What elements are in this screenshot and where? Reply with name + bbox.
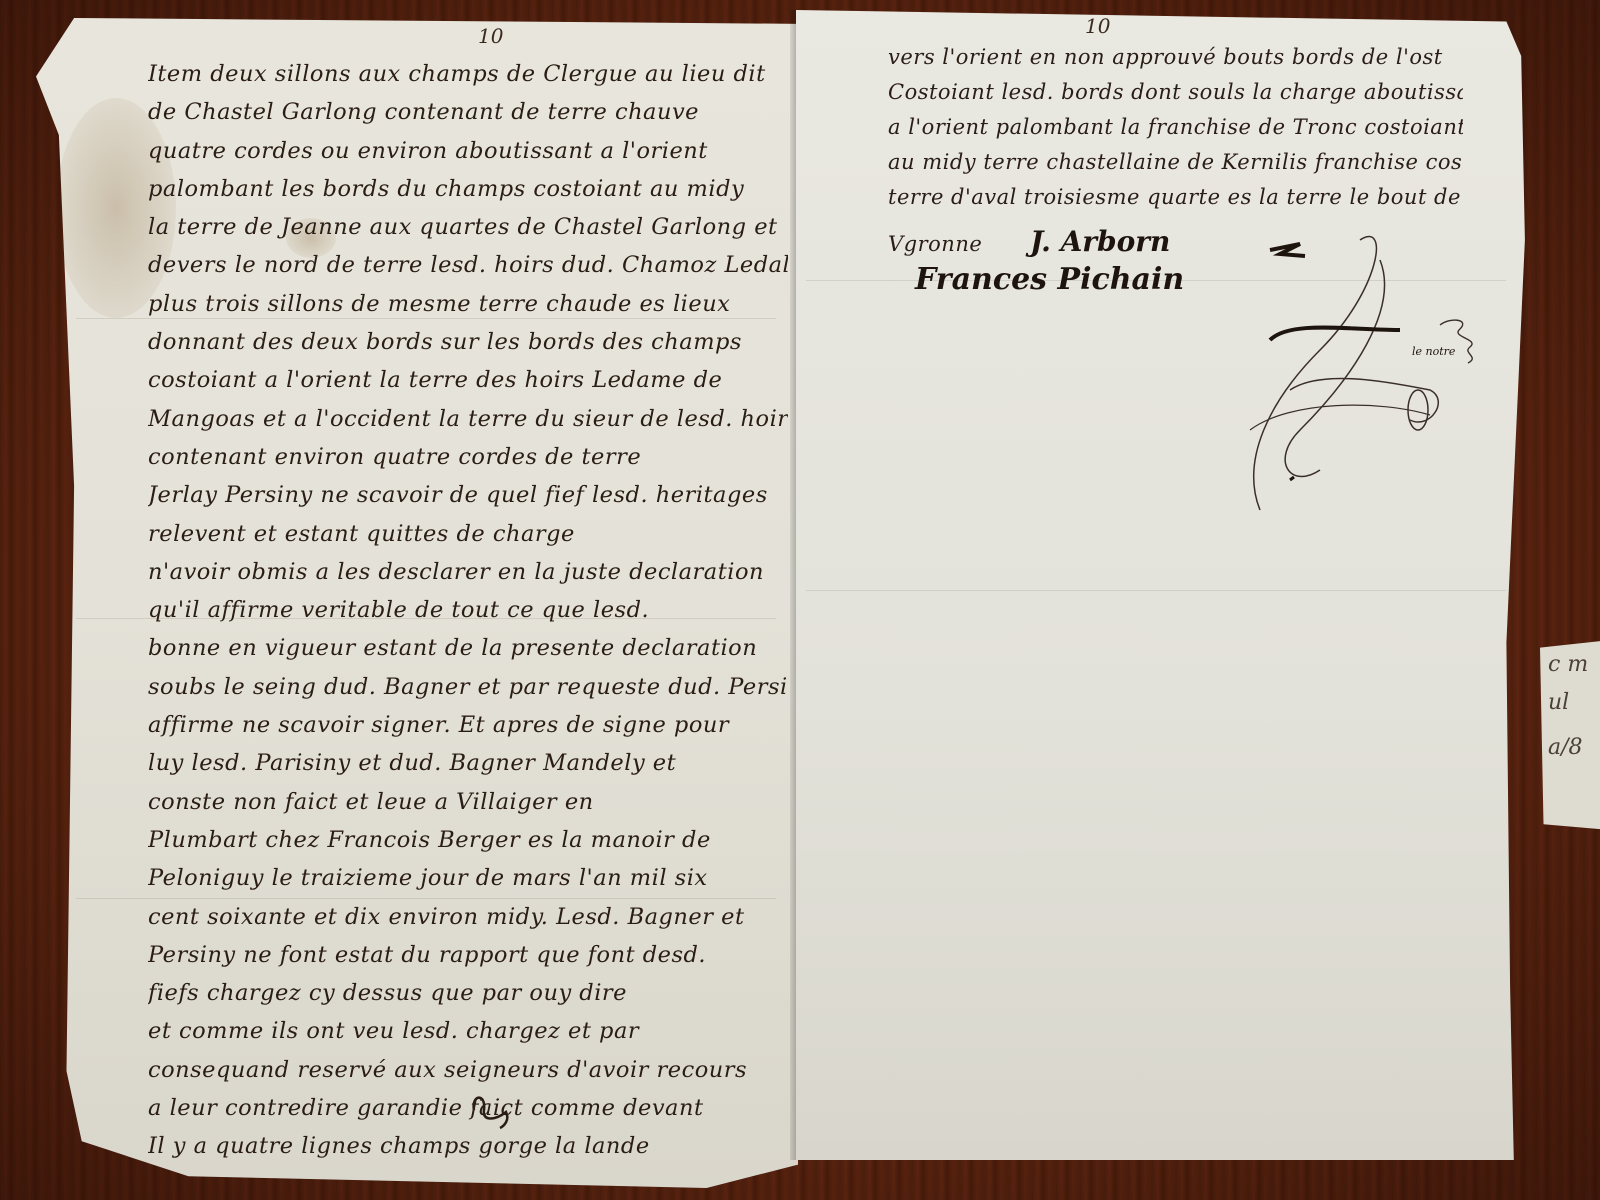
manuscript-line: n'avoir obmis a les desclarer en la just… (148, 553, 788, 591)
manuscript-line: bonne en vigueur estant de la presente d… (148, 629, 788, 667)
scrap-text-line: ul (1548, 690, 1569, 715)
manuscript-line: soubs le seing dud. Bagner et par reques… (148, 668, 788, 706)
signature-annotation: le notre (1412, 345, 1455, 358)
manuscript-line: Persiny ne font estat du rapport que fon… (148, 936, 788, 974)
manuscript-line: donnant des deux bords sur les bords des… (148, 323, 788, 361)
manuscript-line: conste non faict et leue a Villaiger en (148, 783, 788, 821)
scrap-text-line: c m (1548, 652, 1588, 677)
manuscript-line: vers l'orient en non approuvé bouts bord… (888, 40, 1463, 75)
manuscript-line: luy lesd. Parisiny et dud. Bagner Mandel… (148, 744, 788, 782)
manuscript-line: et comme ils ont veu lesd. chargez et pa… (148, 1012, 788, 1050)
manuscript-line: consequand reservé aux seigneurs d'avoir… (148, 1051, 788, 1089)
manuscript-line: contenant environ quatre cordes de terre (148, 438, 788, 476)
manuscript-line: cent soixante et dix environ midy. Lesd.… (148, 898, 788, 936)
manuscript-line: Costoiant lesd. bords dont souls la char… (888, 75, 1463, 110)
scrap-text-line: a/8 (1548, 735, 1583, 760)
manuscript-line: Peloniguy le traizieme jour de mars l'an… (148, 859, 788, 897)
manuscript-line: qu'il affirme veritable de tout ce que l… (148, 591, 788, 629)
paper-scrap: c m ul a/8 (1540, 640, 1600, 830)
manuscript-line: palombant les bords du champs costoiant … (148, 170, 788, 208)
manuscript-line: a l'orient palombant la franchise de Tro… (888, 110, 1463, 145)
paraph-mark-icon (466, 1090, 516, 1130)
left-folio-mark: 10 (478, 24, 503, 48)
manuscript-line: Mangoas et a l'occident la terre du sieu… (148, 400, 788, 438)
fold-line (806, 590, 1506, 591)
manuscript-line: de Chastel Garlong contenant de terre ch… (148, 93, 788, 131)
right-folio-mark: 10 (1085, 14, 1110, 38)
manuscript-line: fiefs chargez cy dessus que par ouy dire (148, 974, 788, 1012)
manuscript-line: devers le nord de terre lesd. hoirs dud.… (148, 246, 788, 284)
signature-pichain: Frances Pichain (915, 262, 1184, 297)
manuscript-line: Jerlay Persiny ne scavoir de quel fief l… (148, 476, 788, 514)
manuscript-line: Il y a quatre lignes champs gorge la lan… (148, 1127, 788, 1165)
manuscript-line: la terre de Jeanne aux quartes de Chaste… (148, 208, 788, 246)
manuscript-line: plus trois sillons de mesme terre chaude… (148, 285, 788, 323)
manuscript-line: relevent et estant quittes de charge (148, 515, 788, 553)
manuscript-line: quatre cordes ou environ aboutissant a l… (148, 132, 788, 170)
manuscript-line: Item deux sillons aux champs de Clergue … (148, 55, 788, 93)
signature-arborn: J. Arborn (1030, 225, 1170, 258)
notarial-flourish-signature-icon (1230, 230, 1490, 530)
left-page-text: Item deux sillons aux champs de Clergue … (148, 55, 788, 1166)
manuscript-line: Plumbart chez Francois Berger es la mano… (148, 821, 788, 859)
manuscript-line: affirme ne scavoir signer. Et apres de s… (148, 706, 788, 744)
manuscript-line: costoiant a l'orient la terre des hoirs … (148, 361, 788, 399)
manuscript-line: terre d'aval troisiesme quarte es la ter… (888, 180, 1463, 215)
manuscript-line: au midy terre chastellaine de Kernilis f… (888, 145, 1463, 180)
right-page-text: vers l'orient en non approuvé bouts bord… (888, 40, 1463, 262)
